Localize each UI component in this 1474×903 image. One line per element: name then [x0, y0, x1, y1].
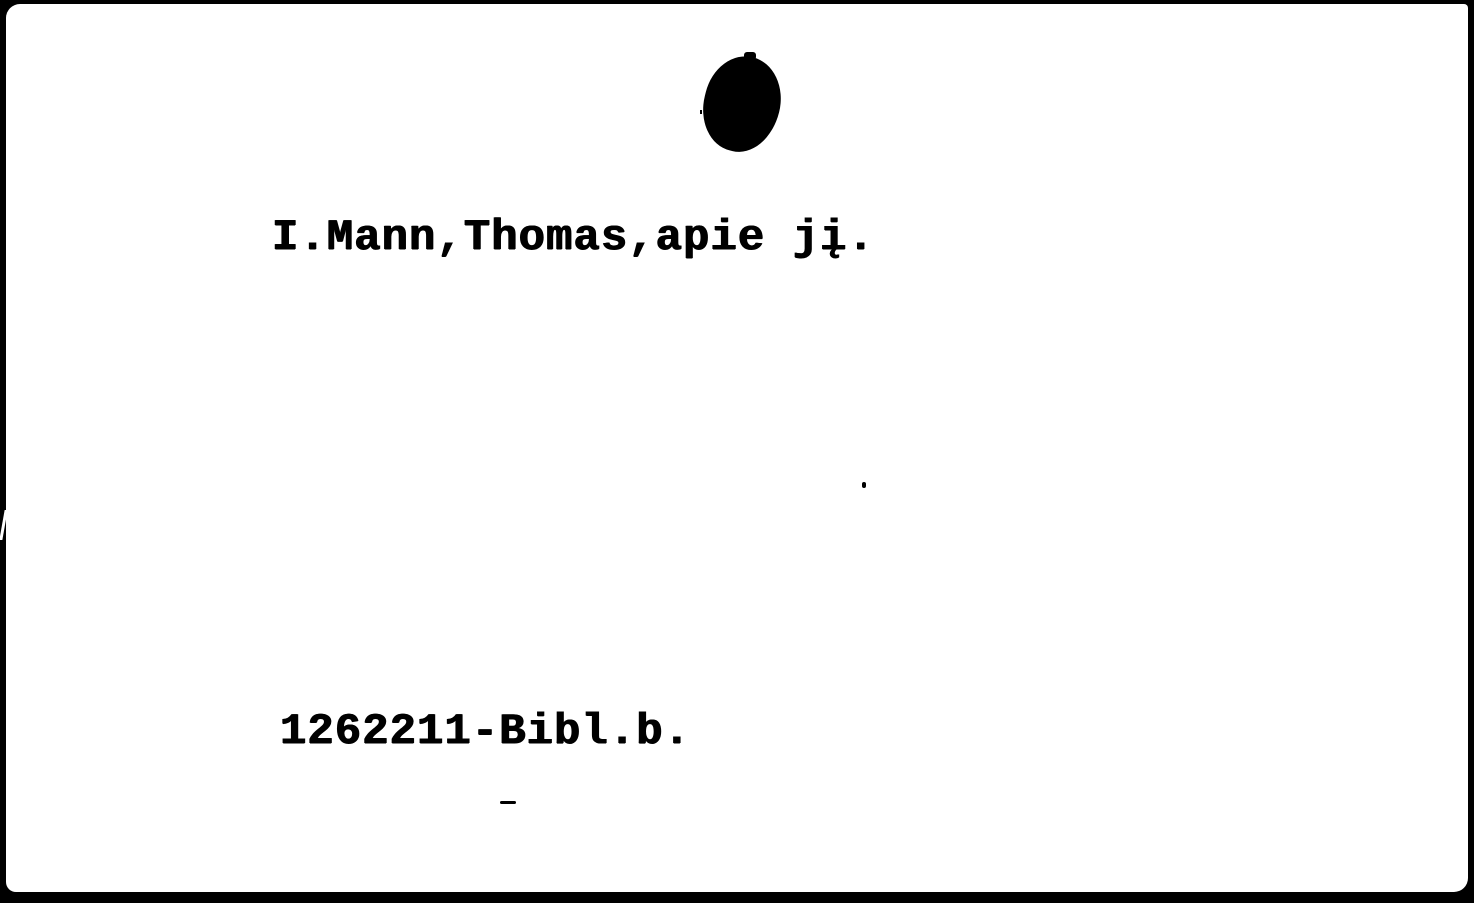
call-number: 1262211-Bibl.b. [280, 704, 691, 760]
card-heading: I.Mann,Thomas,apie jį. [272, 210, 875, 266]
catalog-card: I.Mann,Thomas,apie jį. 1262211-Bibl.b. [6, 4, 1468, 892]
ink-speck [500, 801, 516, 804]
punch-hole-tear [744, 52, 756, 60]
ink-speck [862, 482, 866, 488]
punch-hole-icon [694, 48, 791, 160]
ink-speck [700, 110, 702, 114]
